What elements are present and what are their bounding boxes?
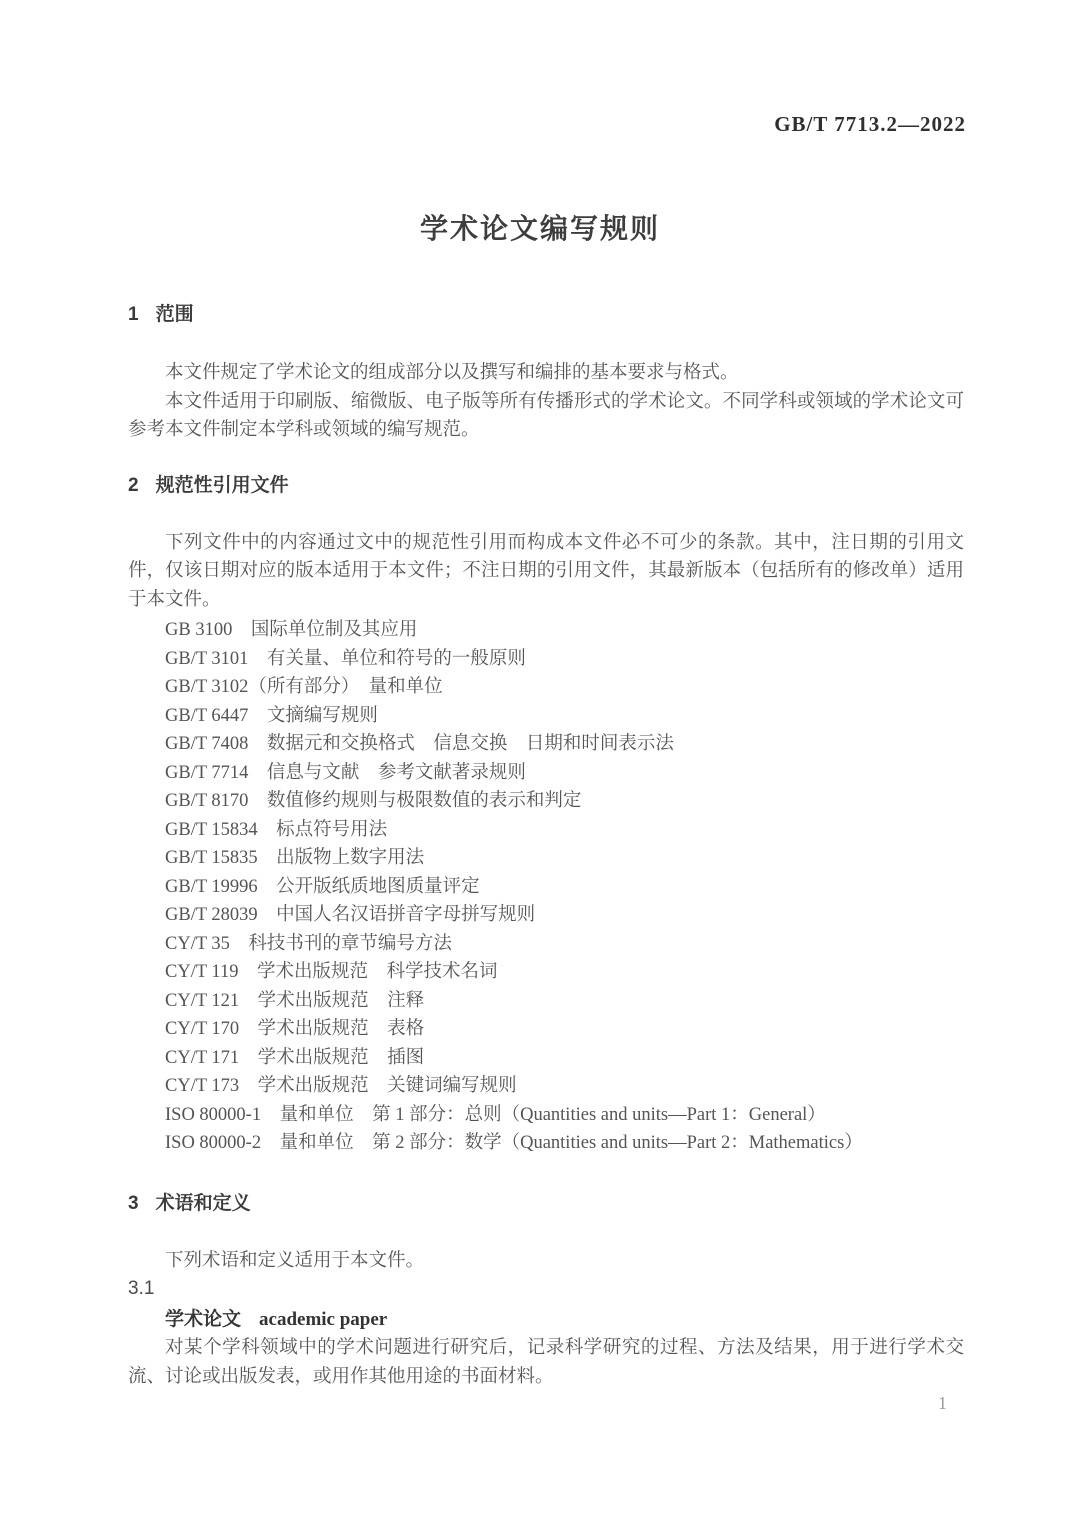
reference-item: GB/T 3101 有关量、单位和符号的一般原则 (128, 645, 964, 674)
section-1-number: 1 (128, 301, 139, 329)
reference-item: ISO 80000-1 量和单位 第 1 部分：总则（Quantities an… (128, 1101, 964, 1130)
reference-item: CY/T 170 学术出版规范 表格 (128, 1015, 964, 1044)
reference-item: CY/T 173 学术出版规范 关键词编写规则 (128, 1072, 964, 1101)
reference-item: GB/T 15834 标点符号用法 (128, 816, 964, 845)
term-zh: 学术论文 (165, 1309, 241, 1330)
term-line: 学术论文academic paper (128, 1306, 964, 1335)
reference-item: GB/T 7714 信息与文献 参考文献著录规则 (128, 759, 964, 788)
section-2-number: 2 (128, 472, 139, 500)
section-1-paragraph-1: 本文件规定了学术论文的组成部分以及撰写和编排的基本要求与格式。 (128, 359, 964, 388)
reference-item: ISO 80000-2 量和单位 第 2 部分：数学（Quantities an… (128, 1129, 964, 1158)
normative-reference-list: GB 3100 国际单位制及其应用 GB/T 3101 有关量、单位和符号的一般… (128, 616, 964, 1158)
section-2-heading: 2规范性引用文件 (128, 472, 964, 500)
reference-item: GB/T 8170 数值修约规则与极限数值的表示和判定 (128, 787, 964, 816)
document-title: 学术论文编写规则 (0, 210, 1080, 248)
section-3-title: 术语和定义 (156, 1193, 251, 1214)
section-1-title: 范围 (156, 304, 194, 325)
document-page: GB/T 7713.2—2022 学术论文编写规则 1范围 本文件规定了学术论文… (0, 0, 1080, 1514)
reference-item: GB/T 3102（所有部分） 量和单位 (128, 673, 964, 702)
term-definition: 对某个学科领域中的学术问题进行研究后，记录科学研究的过程、方法及结果，用于进行学… (128, 1334, 964, 1391)
reference-item: GB/T 19996 公开版纸质地图质量评定 (128, 873, 964, 902)
section-1-paragraph-2: 本文件适用于印刷版、缩微版、电子版等所有传播形式的学术论文。不同学科或领域的学术… (128, 388, 964, 445)
reference-item: GB/T 6447 文摘编写规则 (128, 702, 964, 731)
reference-item: CY/T 119 学术出版规范 科学技术名词 (128, 958, 964, 987)
document-body: 1范围 本文件规定了学术论文的组成部分以及撰写和编排的基本要求与格式。 本文件适… (128, 301, 964, 1391)
reference-item: GB/T 15835 出版物上数字用法 (128, 844, 964, 873)
section-1-heading: 1范围 (128, 301, 964, 329)
reference-item: GB/T 7408 数据元和交换格式 信息交换 日期和时间表示法 (128, 730, 964, 759)
reference-item: CY/T 35 科技书刊的章节编号方法 (128, 930, 964, 959)
section-3-heading: 3术语和定义 (128, 1190, 964, 1218)
section-3-intro: 下列术语和定义适用于本文件。 (128, 1247, 964, 1276)
section-3-number: 3 (128, 1190, 139, 1218)
reference-item: GB/T 28039 中国人名汉语拼音字母拼写规则 (128, 901, 964, 930)
term-en: academic paper (259, 1309, 387, 1330)
section-2-title: 规范性引用文件 (156, 475, 289, 496)
page-number: 1 (938, 1390, 947, 1416)
reference-item: CY/T 171 学术出版规范 插图 (128, 1044, 964, 1073)
document-number: GB/T 7713.2—2022 (774, 110, 966, 138)
term-number: 3.1 (128, 1275, 964, 1304)
reference-item: CY/T 121 学术出版规范 注释 (128, 987, 964, 1016)
section-2-intro: 下列文件中的内容通过文中的规范性引用而构成本文件必不可少的条款。其中，注日期的引… (128, 529, 964, 615)
reference-item: GB 3100 国际单位制及其应用 (128, 616, 964, 645)
